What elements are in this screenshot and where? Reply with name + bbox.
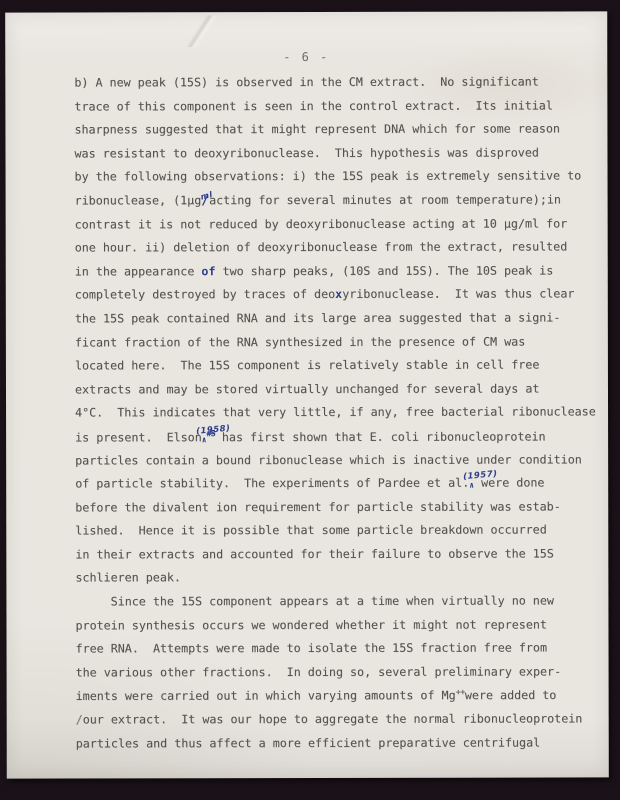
text-line: particles contain a bound ribonuclease w…	[75, 452, 605, 477]
text-line: ribonuclease, (1µg∕mlacting for several …	[75, 192, 605, 217]
text-line: b) A new peak (15S) is observed in the C…	[74, 74, 604, 99]
text-line: one hour. ii) deletion of deoxyribonucle…	[75, 240, 605, 265]
typed-text: ribonuclease, (1µg	[75, 193, 202, 207]
typed-text: our extract. It was our hope to aggregat…	[83, 711, 583, 726]
typed-text: two sharp peaks, (10S and 15S). The 10S …	[215, 263, 553, 278]
text-line: lished. Hence it is possible that some p…	[75, 523, 605, 548]
text-line: in the appearance of two sharp peaks, (1…	[75, 263, 605, 288]
typed-text: 4°C. This indicates that very little, if…	[75, 405, 596, 420]
text-line: before the divalent ion requirement for …	[75, 499, 605, 524]
typed-text: one hour. ii) deletion of deoxyribonucle…	[75, 240, 568, 255]
typed-text: completely destroyed by traces of deo	[75, 287, 335, 302]
typed-text: particles contain a bound ribonuclease w…	[75, 452, 582, 467]
typed-text: protein synthesis occurs we wondered whe…	[75, 617, 546, 632]
text-line: Since the 15S component appears at a tim…	[75, 593, 605, 618]
handwritten-correction: of	[201, 264, 215, 278]
text-line: iments were carried out in which varying…	[76, 688, 606, 713]
text-line: is present. Elson∧(1958)#5 has first sho…	[75, 428, 605, 453]
typed-text: by the following observations: i) the 15…	[75, 169, 582, 184]
text-line: contrast it is not reduced by deoxyribon…	[75, 216, 605, 241]
typed-text: located here. The 15S component is relat…	[75, 358, 539, 373]
text-line: schlieren peak.	[75, 570, 605, 595]
text-line: the various other fractions. In doing so…	[76, 664, 606, 689]
handwritten-insertion: ∧(1957)	[469, 481, 474, 490]
typed-text: yribonuclease. It was thus clear	[342, 287, 574, 301]
text-line: of particle stability. The experiments o…	[75, 475, 605, 500]
page-number: - 6 -	[5, 49, 607, 64]
typed-text: in their extracts and accounted for thei…	[75, 546, 554, 561]
text-line: protein synthesis occurs we wondered whe…	[75, 617, 605, 642]
text-line: in their extracts and accounted for thei…	[75, 546, 605, 571]
typed-text: Since the 15S component appears at a tim…	[75, 594, 554, 609]
handwritten-insertion: ∕ml	[201, 193, 209, 208]
handwritten-insertion: ∧(1958)	[202, 435, 207, 444]
text-line: was resistant to deoxyribonuclease. This…	[74, 145, 604, 170]
typed-superscript: ++	[456, 688, 465, 698]
typed-text: the various other fractions. In doing so…	[76, 664, 562, 679]
typed-text: has first shown that E. coli ribonucleop…	[215, 429, 546, 444]
text-line: completely destroyed by traces of deoxyr…	[75, 287, 605, 312]
typed-text: trace of this component is seen in the c…	[74, 98, 553, 113]
typed-text: particles and thus affect a more efficie…	[76, 735, 540, 750]
typed-text: schlieren peak.	[75, 571, 181, 585]
text-line: sharpness suggested that it might repres…	[74, 122, 604, 147]
typed-text: is present. Elson	[75, 430, 202, 444]
text-line: /our extract. It was our hope to aggrega…	[76, 711, 606, 736]
text-line: extracts and may be stored virtually unc…	[75, 381, 605, 406]
typed-text: were added to	[465, 688, 557, 702]
typed-text: the 15S peak contained RNA and its large…	[75, 310, 561, 325]
typed-text: iments were carried out in which varying…	[76, 689, 456, 704]
typed-text: extracts and may be stored virtually unc…	[75, 381, 539, 396]
typed-text: was resistant to deoxyribonuclease. This…	[74, 145, 538, 160]
text-line: by the following observations: i) the 15…	[75, 169, 605, 194]
typed-text: b) A new peak (15S) is observed in the C…	[74, 75, 538, 90]
text-line: the 15S peak contained RNA and its large…	[75, 310, 605, 335]
typed-text: ficant fraction of the RNA synthesized i…	[75, 334, 525, 349]
typewritten-text-block: b) A new peak (15S) is observed in the C…	[74, 74, 605, 759]
paper-crease	[153, 8, 247, 54]
text-line: free RNA. Attempts were made to isolate …	[76, 641, 606, 666]
text-line: located here. The 15S component is relat…	[75, 358, 605, 383]
text-line: 4°C. This indicates that very little, if…	[75, 405, 605, 430]
typed-text: acting for several minutes at room tempe…	[209, 192, 561, 207]
text-line: ficant fraction of the RNA synthesized i…	[75, 334, 605, 359]
scanned-page: - 6 - b) A new peak (15S) is observed in…	[5, 11, 609, 778]
typed-text: in the appearance	[75, 264, 202, 278]
typed-text: sharpness suggested that it might repres…	[74, 122, 560, 137]
typed-text: free RNA. Attempts were made to isolate …	[76, 641, 547, 656]
typed-text: of particle stability. The experiments o…	[75, 476, 469, 491]
text-line: particles and thus affect a more efficie…	[76, 735, 606, 760]
typed-text: contrast it is not reduced by deoxyribon…	[75, 216, 568, 231]
typed-text: before the divalent ion requirement for …	[75, 499, 561, 514]
typed-text: lished. Hence it is possible that some p…	[75, 523, 546, 538]
text-line: trace of this component is seen in the c…	[74, 98, 604, 123]
